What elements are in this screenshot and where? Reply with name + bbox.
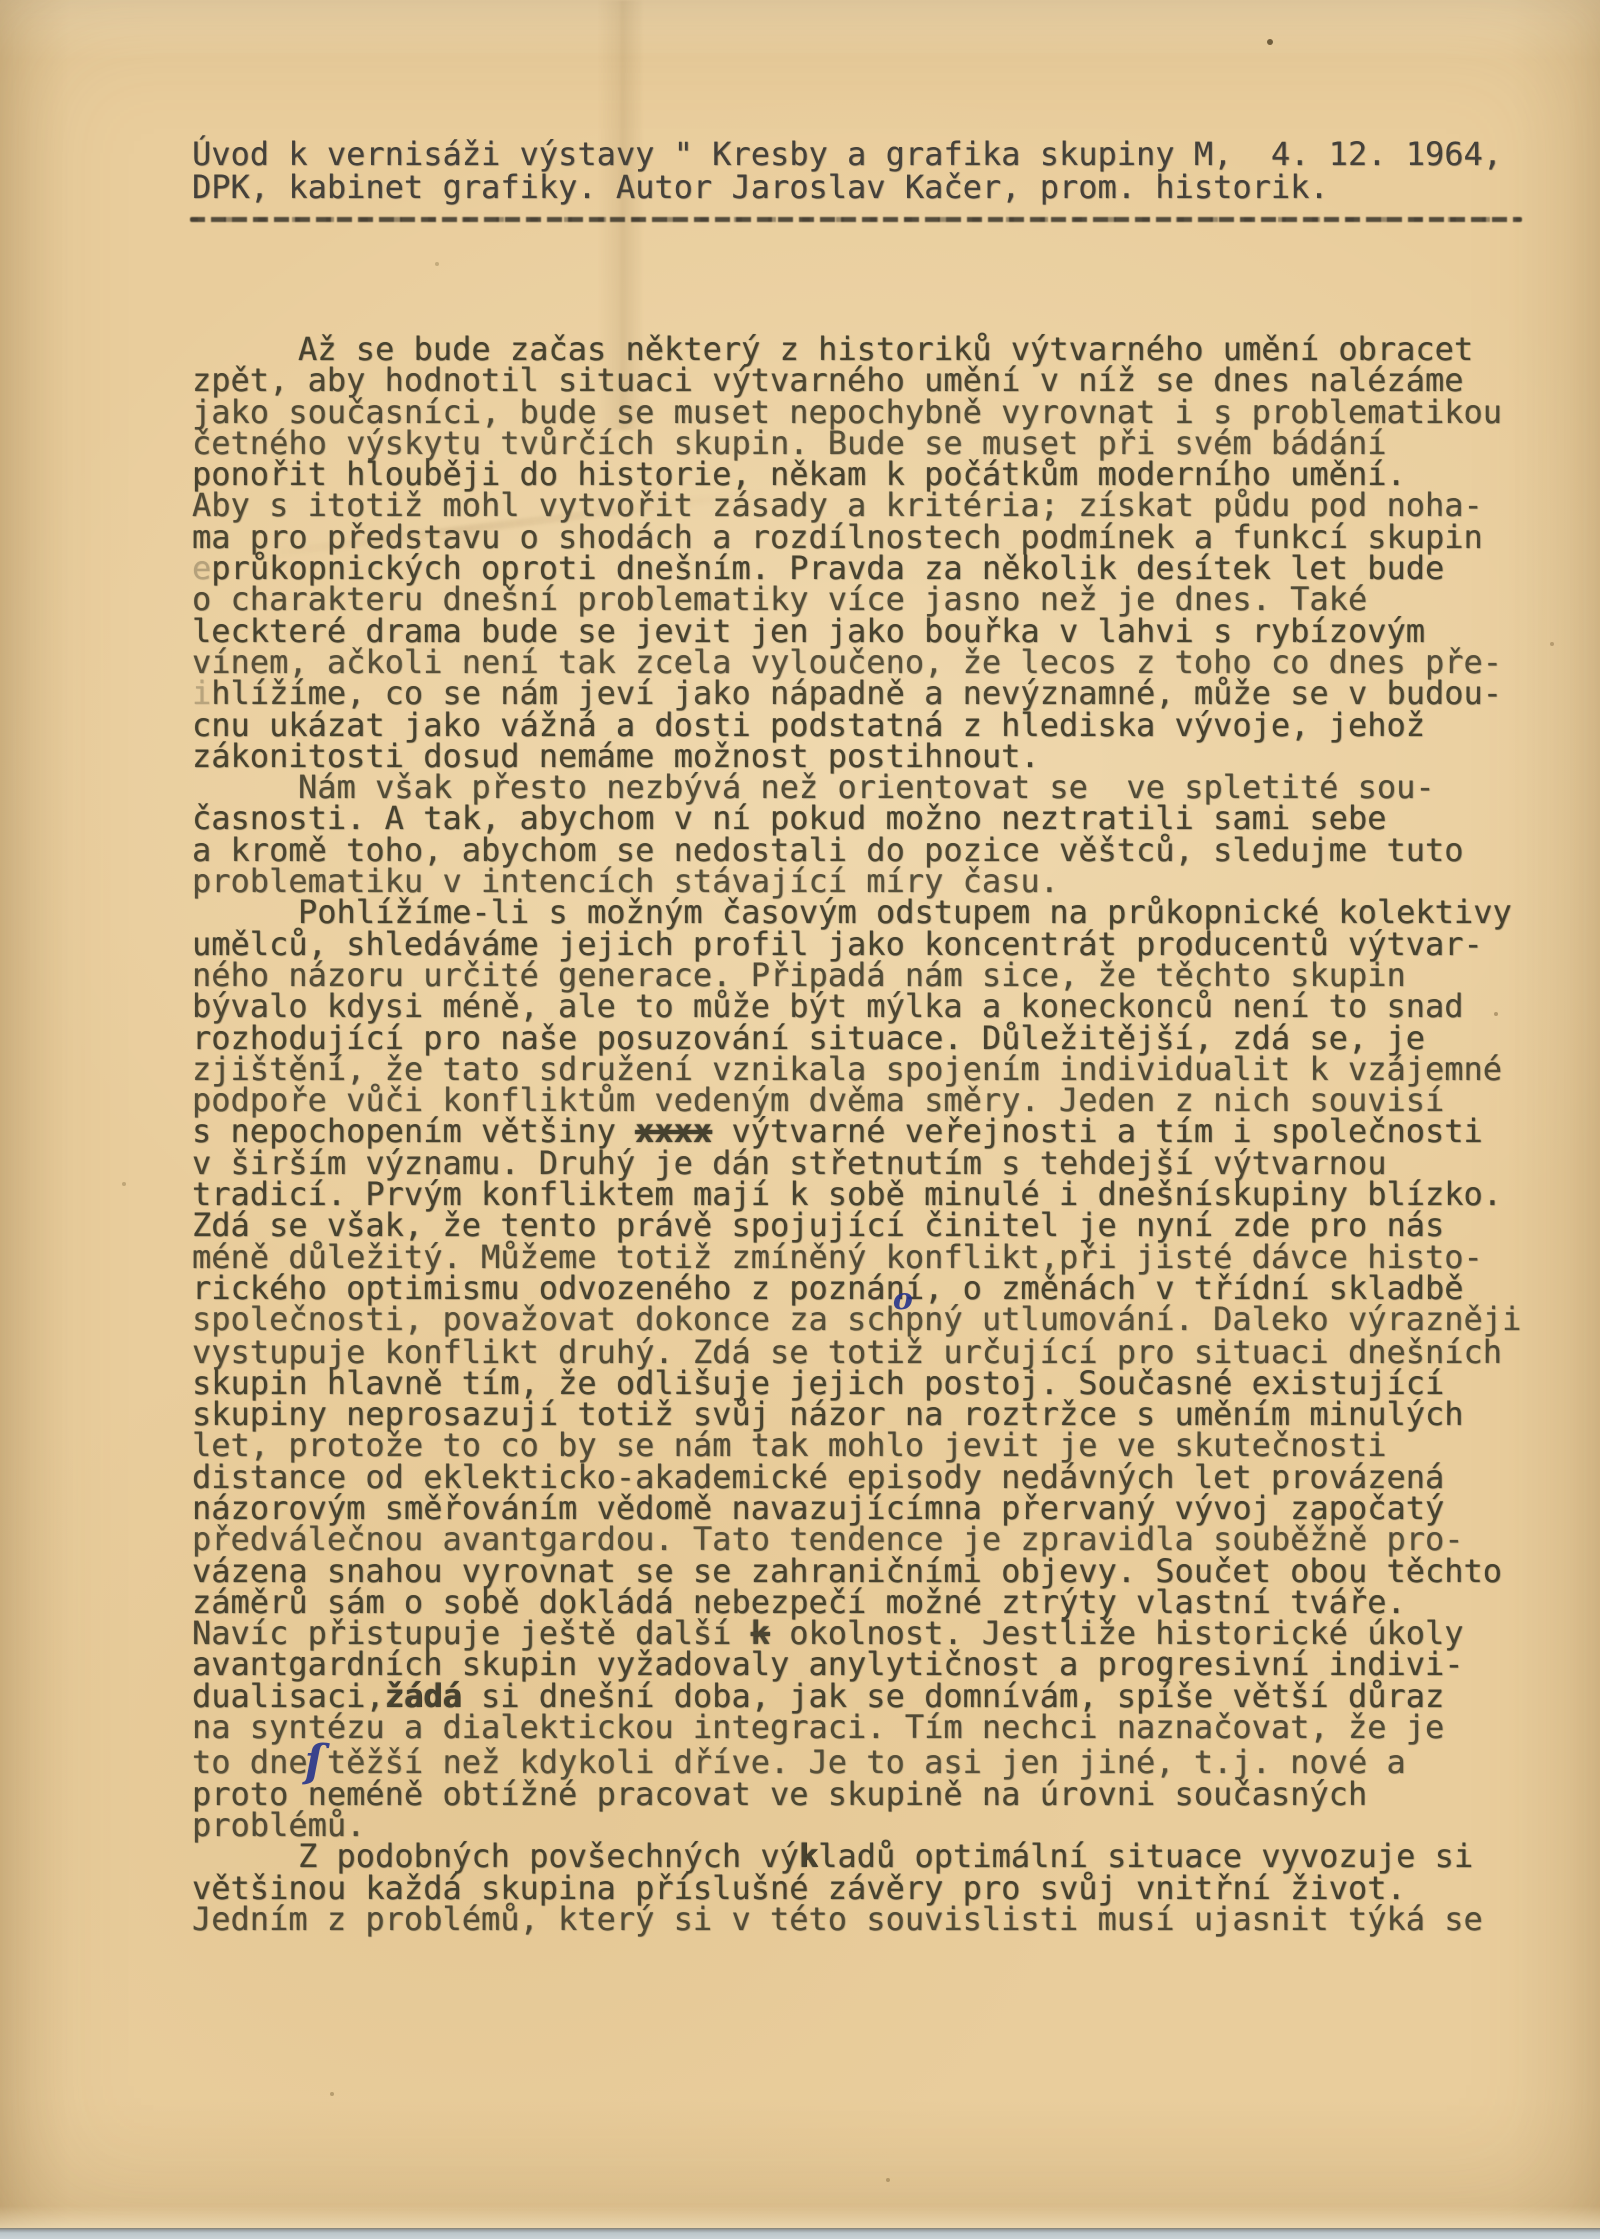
typed-text: problémů. [192, 1806, 365, 1844]
typed-text: proto neméně obtížné pracovat ve skupině… [192, 1775, 1367, 1813]
body-line: předválečnou avantgardou. Tato tendence … [192, 1524, 1521, 1555]
bottom-edge [0, 2228, 1600, 2239]
body-line: v širším významu. Druhý je dán střetnutí… [192, 1148, 1521, 1179]
typed-text: v širším významu. Druhý je dán střetnutí… [192, 1144, 1386, 1182]
body-line: ihlížíme, co se nám jeví jako nápadně a … [192, 678, 1521, 709]
typed-text: problematiku v intencích stávající míry … [192, 862, 1059, 900]
page-header: Úvod k vernisáži výstavy " Kresby a graf… [192, 138, 1502, 204]
typed-text: distance od eklekticko-akademické episod… [192, 1458, 1444, 1496]
typed-text: ma pro představu o shodách a rozdílnoste… [192, 518, 1483, 556]
header-line-1: Úvod k vernisáži výstavy " Kresby a graf… [192, 138, 1502, 171]
body-line: méně důležitý. Můžeme totiž zmíněný konf… [192, 1242, 1521, 1273]
body-line: o charakteru dnešní problematiky více ja… [192, 584, 1521, 615]
body-line: na syntézu a dialektickou integraci. Tím… [192, 1712, 1521, 1743]
body-line: vystupuje konflikt druhý. Zdá se totiž u… [192, 1337, 1521, 1368]
scanned-document-page: Úvod k vernisáži výstavy " Kresby a graf… [0, 0, 1600, 2239]
typed-text: na syntézu a dialektickou integraci. Tím… [192, 1708, 1444, 1746]
typed-text: Jedním z problémů, který si v této souvi… [192, 1900, 1483, 1938]
typed-text: četného výskytu tvůrčích skupin. Bude se… [192, 424, 1386, 462]
typed-text: předválečnou avantgardou. Tato tendence … [192, 1520, 1464, 1558]
typed-text: Navíc přistupuje ještě další [192, 1614, 751, 1652]
separator-line [190, 217, 1522, 222]
faded-typo-text: i [192, 674, 211, 712]
body-line: problémů. [192, 1810, 1521, 1841]
body-line: ma pro představu o shodách a rozdílnoste… [192, 522, 1521, 553]
body-line: četného výskytu tvůrčích skupin. Bude se… [192, 428, 1521, 459]
typed-text: vystupuje konflikt druhý. Zdá se totiž u… [192, 1333, 1502, 1371]
typed-text: bývalo kdysi méně, ale to může být mýlka… [192, 987, 1464, 1025]
paper-speck [0, 0, 4, 4]
body-line: podpoře vůči konfliktům vedeným dvěma sm… [192, 1085, 1521, 1116]
document-body: Až se bude začas některý z historiků výt… [192, 334, 1521, 1935]
typed-text: méně důležitý. Můžeme totiž zmíněný konf… [192, 1238, 1483, 1276]
body-line: to dneſ těžší než kdykoli dříve. Je to a… [192, 1743, 1521, 1778]
body-line: Jedním z problémů, který si v této souvi… [192, 1904, 1521, 1935]
typed-text: Nám však přesto nezbývá než orientovat s… [298, 768, 1435, 806]
body-line: distance od eklekticko-akademické episod… [192, 1462, 1521, 1493]
strikethrough-text: k [751, 1614, 770, 1652]
typed-text: okolnost. Jestliže historické úkoly [770, 1614, 1464, 1652]
body-line: Navíc přistupuje ještě další k okolnost.… [192, 1618, 1521, 1649]
body-line: bývalo kdysi méně, ale to může být mýlka… [192, 991, 1521, 1022]
body-line: proto neméně obtížné pracovat ve skupině… [192, 1779, 1521, 1810]
typed-text: hlížíme, co se nám jeví jako nápadně a n… [211, 674, 1502, 712]
bottom-page-glow [0, 2206, 1600, 2228]
body-line: Nám však přesto nezbývá než orientovat s… [192, 772, 1521, 803]
body-line: problematiku v intencích stávající míry … [192, 866, 1521, 897]
header-line-2: DPK, kabinet grafiky. Autor Jaroslav Kač… [192, 171, 1502, 204]
typed-text: podpoře vůči konfliktům vedeným dvěma sm… [192, 1081, 1444, 1119]
typed-text: o charakteru dnešní problematiky více ja… [192, 580, 1367, 618]
